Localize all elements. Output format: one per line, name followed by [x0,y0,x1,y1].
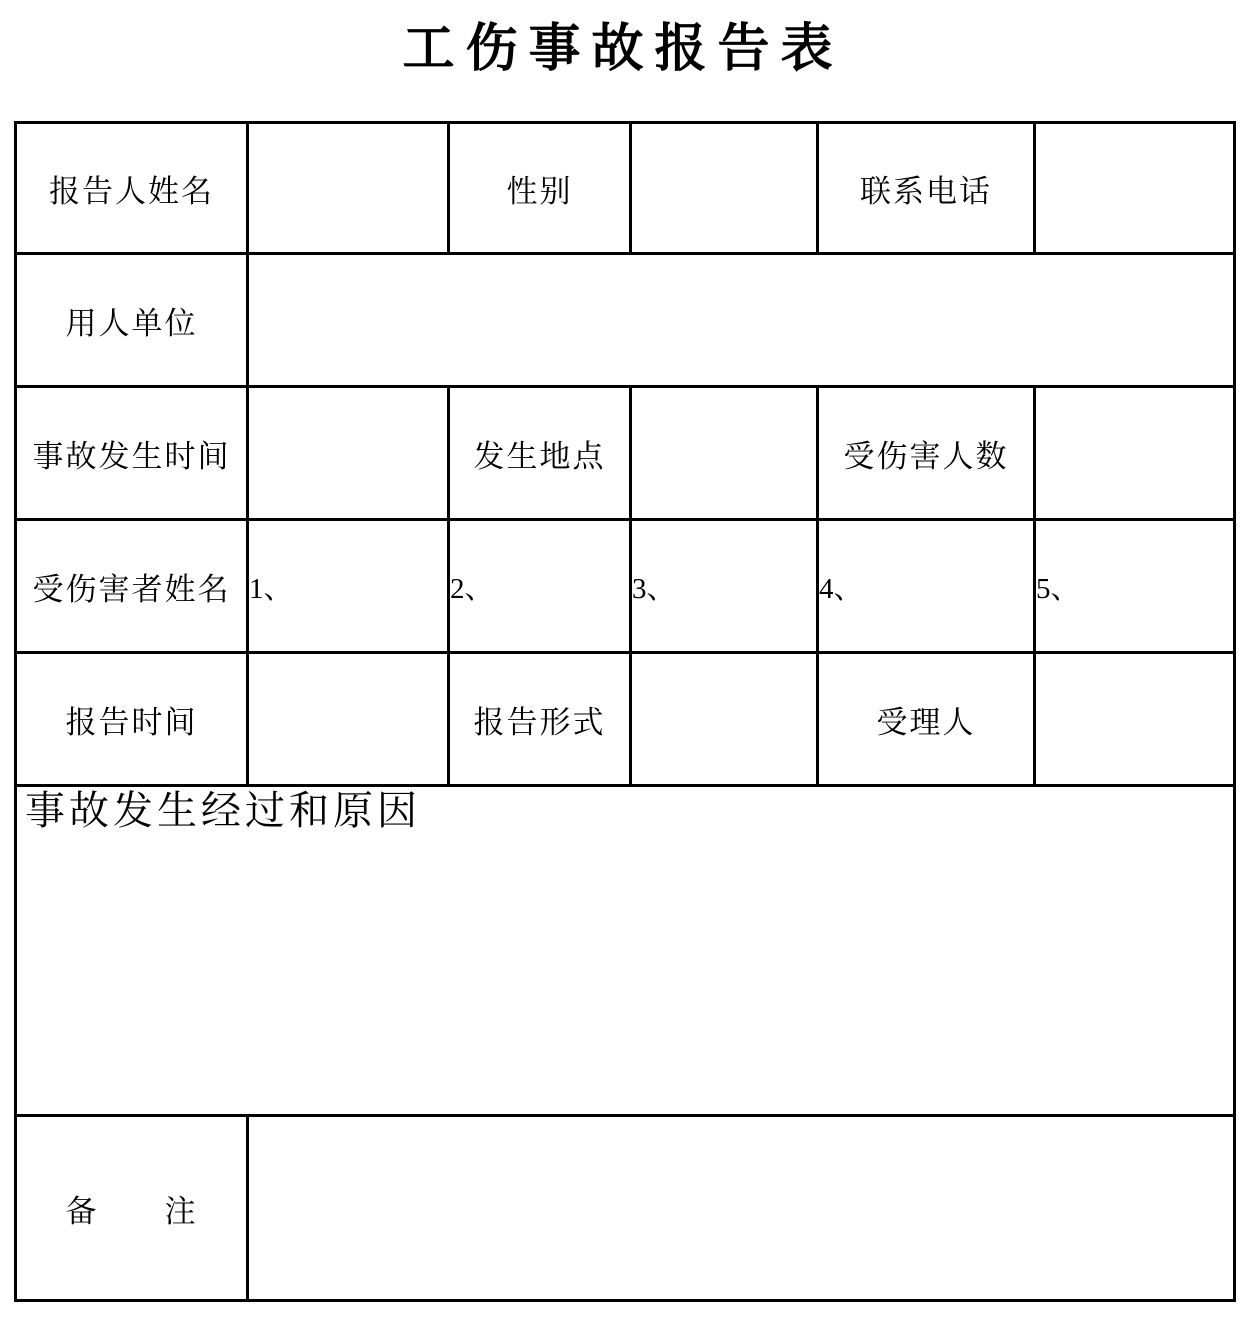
row-accident-time: 事故发生时间 发生地点 受伤害人数 [16,387,1235,520]
phone-field[interactable] [1035,123,1235,254]
location-label: 发生地点 [449,387,631,520]
employer-field[interactable] [248,254,1235,387]
row-employer: 用人单位 [16,254,1235,387]
employer-label: 用人单位 [16,254,248,387]
remarks-field[interactable] [248,1116,1235,1301]
accident-time-label: 事故发生时间 [16,387,248,520]
reporter-name-label: 报告人姓名 [16,123,248,254]
report-time-label: 报告时间 [16,653,248,786]
receiver-field[interactable] [1035,653,1235,786]
victim-field-1[interactable]: 1、 [248,520,449,653]
row-reporter: 报告人姓名 性别 联系电话 [16,123,1235,254]
row-victims: 受伤害者姓名 1、 2、 3、 4、 5、 [16,520,1235,653]
gender-label: 性别 [449,123,631,254]
phone-label: 联系电话 [818,123,1035,254]
reporter-name-field[interactable] [248,123,449,254]
remarks-label: 备 注 [16,1116,248,1301]
victim-field-4[interactable]: 4、 [818,520,1035,653]
report-format-label: 报告形式 [449,653,631,786]
report-form-page: 工伤事故报告表 报告人姓名 性别 联系电话 用人单位 [0,0,1246,1323]
victim-field-2[interactable]: 2、 [449,520,631,653]
victims-label: 受伤害者姓名 [16,520,248,653]
row-report-time: 报告时间 报告形式 受理人 [16,653,1235,786]
report-format-field[interactable] [631,653,818,786]
row-remarks: 备 注 [16,1116,1235,1301]
victim-field-5[interactable]: 5、 [1035,520,1235,653]
accident-description-cell[interactable]: 事故发生经过和原因 [16,786,1235,1116]
report-form-table: 报告人姓名 性别 联系电话 用人单位 事故发生时间 发生地点 受伤害人数 [14,121,1236,1302]
accident-description-label: 事故发生经过和原因 [17,787,1233,834]
row-description: 事故发生经过和原因 [16,786,1235,1116]
report-time-field[interactable] [248,653,449,786]
injured-count-label: 受伤害人数 [818,387,1035,520]
injured-count-field[interactable] [1035,387,1235,520]
page-title: 工伤事故报告表 [0,6,1246,81]
receiver-label: 受理人 [818,653,1035,786]
victim-field-3[interactable]: 3、 [631,520,818,653]
gender-field[interactable] [631,123,818,254]
location-field[interactable] [631,387,818,520]
accident-time-field[interactable] [248,387,449,520]
